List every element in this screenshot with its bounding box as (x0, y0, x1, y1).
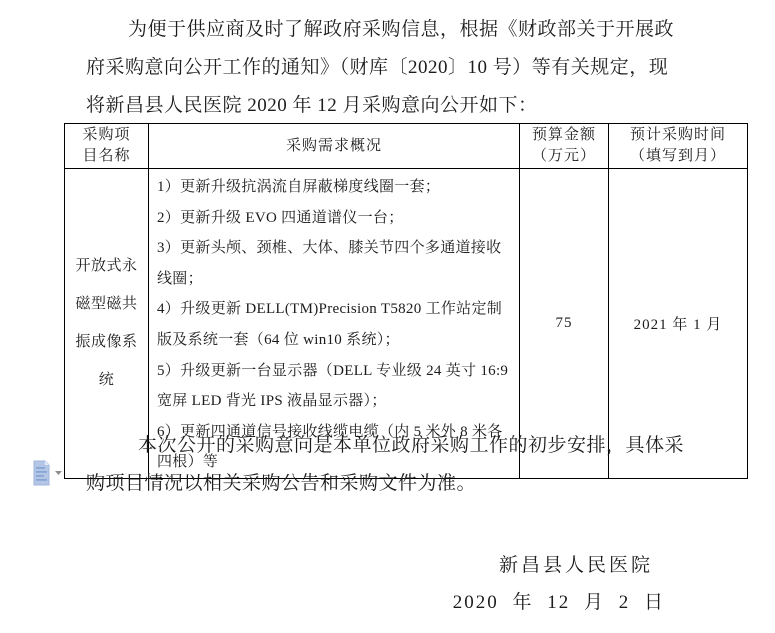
closing-paragraph: 本次公开的采购意向是本单位政府采购工作的初步安排，具体采 购项目情况以相关采购公… (86, 427, 728, 503)
header-budget-amount: 预算金额 （万元） (520, 124, 609, 169)
header-project-name: 采购项 目名称 (65, 124, 149, 169)
intro-paragraph: 为便于供应商及时了解政府采购信息，根据《财政部关于开展政 府采购意向公开工作的通… (86, 11, 728, 125)
header-planned-time: 预计采购时间 （填写到月） (609, 124, 748, 169)
paste-options-button[interactable] (31, 459, 65, 487)
header-requirement-overview: 采购需求概况 (149, 124, 520, 169)
signature-organization: 新昌县人民医院 (499, 550, 653, 577)
requirement-item: 5）升级更新一台显示器（DELL 专业级 24 英寸 16:9 宽屏 LED 背… (157, 356, 513, 417)
requirement-item: 4）升级更新 DELL(TM)Precision T5820 工作站定制版及系统… (157, 294, 513, 355)
requirement-item: 1）更新升级抗涡流自屏蔽梯度线圈一套； (157, 172, 513, 203)
procurement-table: 采购项 目名称 采购需求概况 预算金额 （万元） 预计采购时间 （填写到月） 开… (64, 123, 748, 479)
requirement-item: 2）更新升级 EVO 四通道谱仪一台； (157, 203, 513, 234)
signature-date: 2020 年 12 月 2 日 (453, 587, 665, 614)
table-header-row: 采购项 目名称 采购需求概况 预算金额 （万元） 预计采购时间 （填写到月） (65, 124, 748, 169)
project-name-text: 开放式永磁型磁共振成像系统 (74, 247, 140, 399)
requirement-item: 3）更新头颅、颈椎、大体、膝关节四个多通道接收线圈； (157, 233, 513, 294)
document-page: 为便于供应商及时了解政府采购信息，根据《财政部关于开展政 府采购意向公开工作的通… (0, 0, 775, 633)
chevron-down-icon (55, 471, 62, 475)
paste-options-icon[interactable] (31, 459, 65, 487)
